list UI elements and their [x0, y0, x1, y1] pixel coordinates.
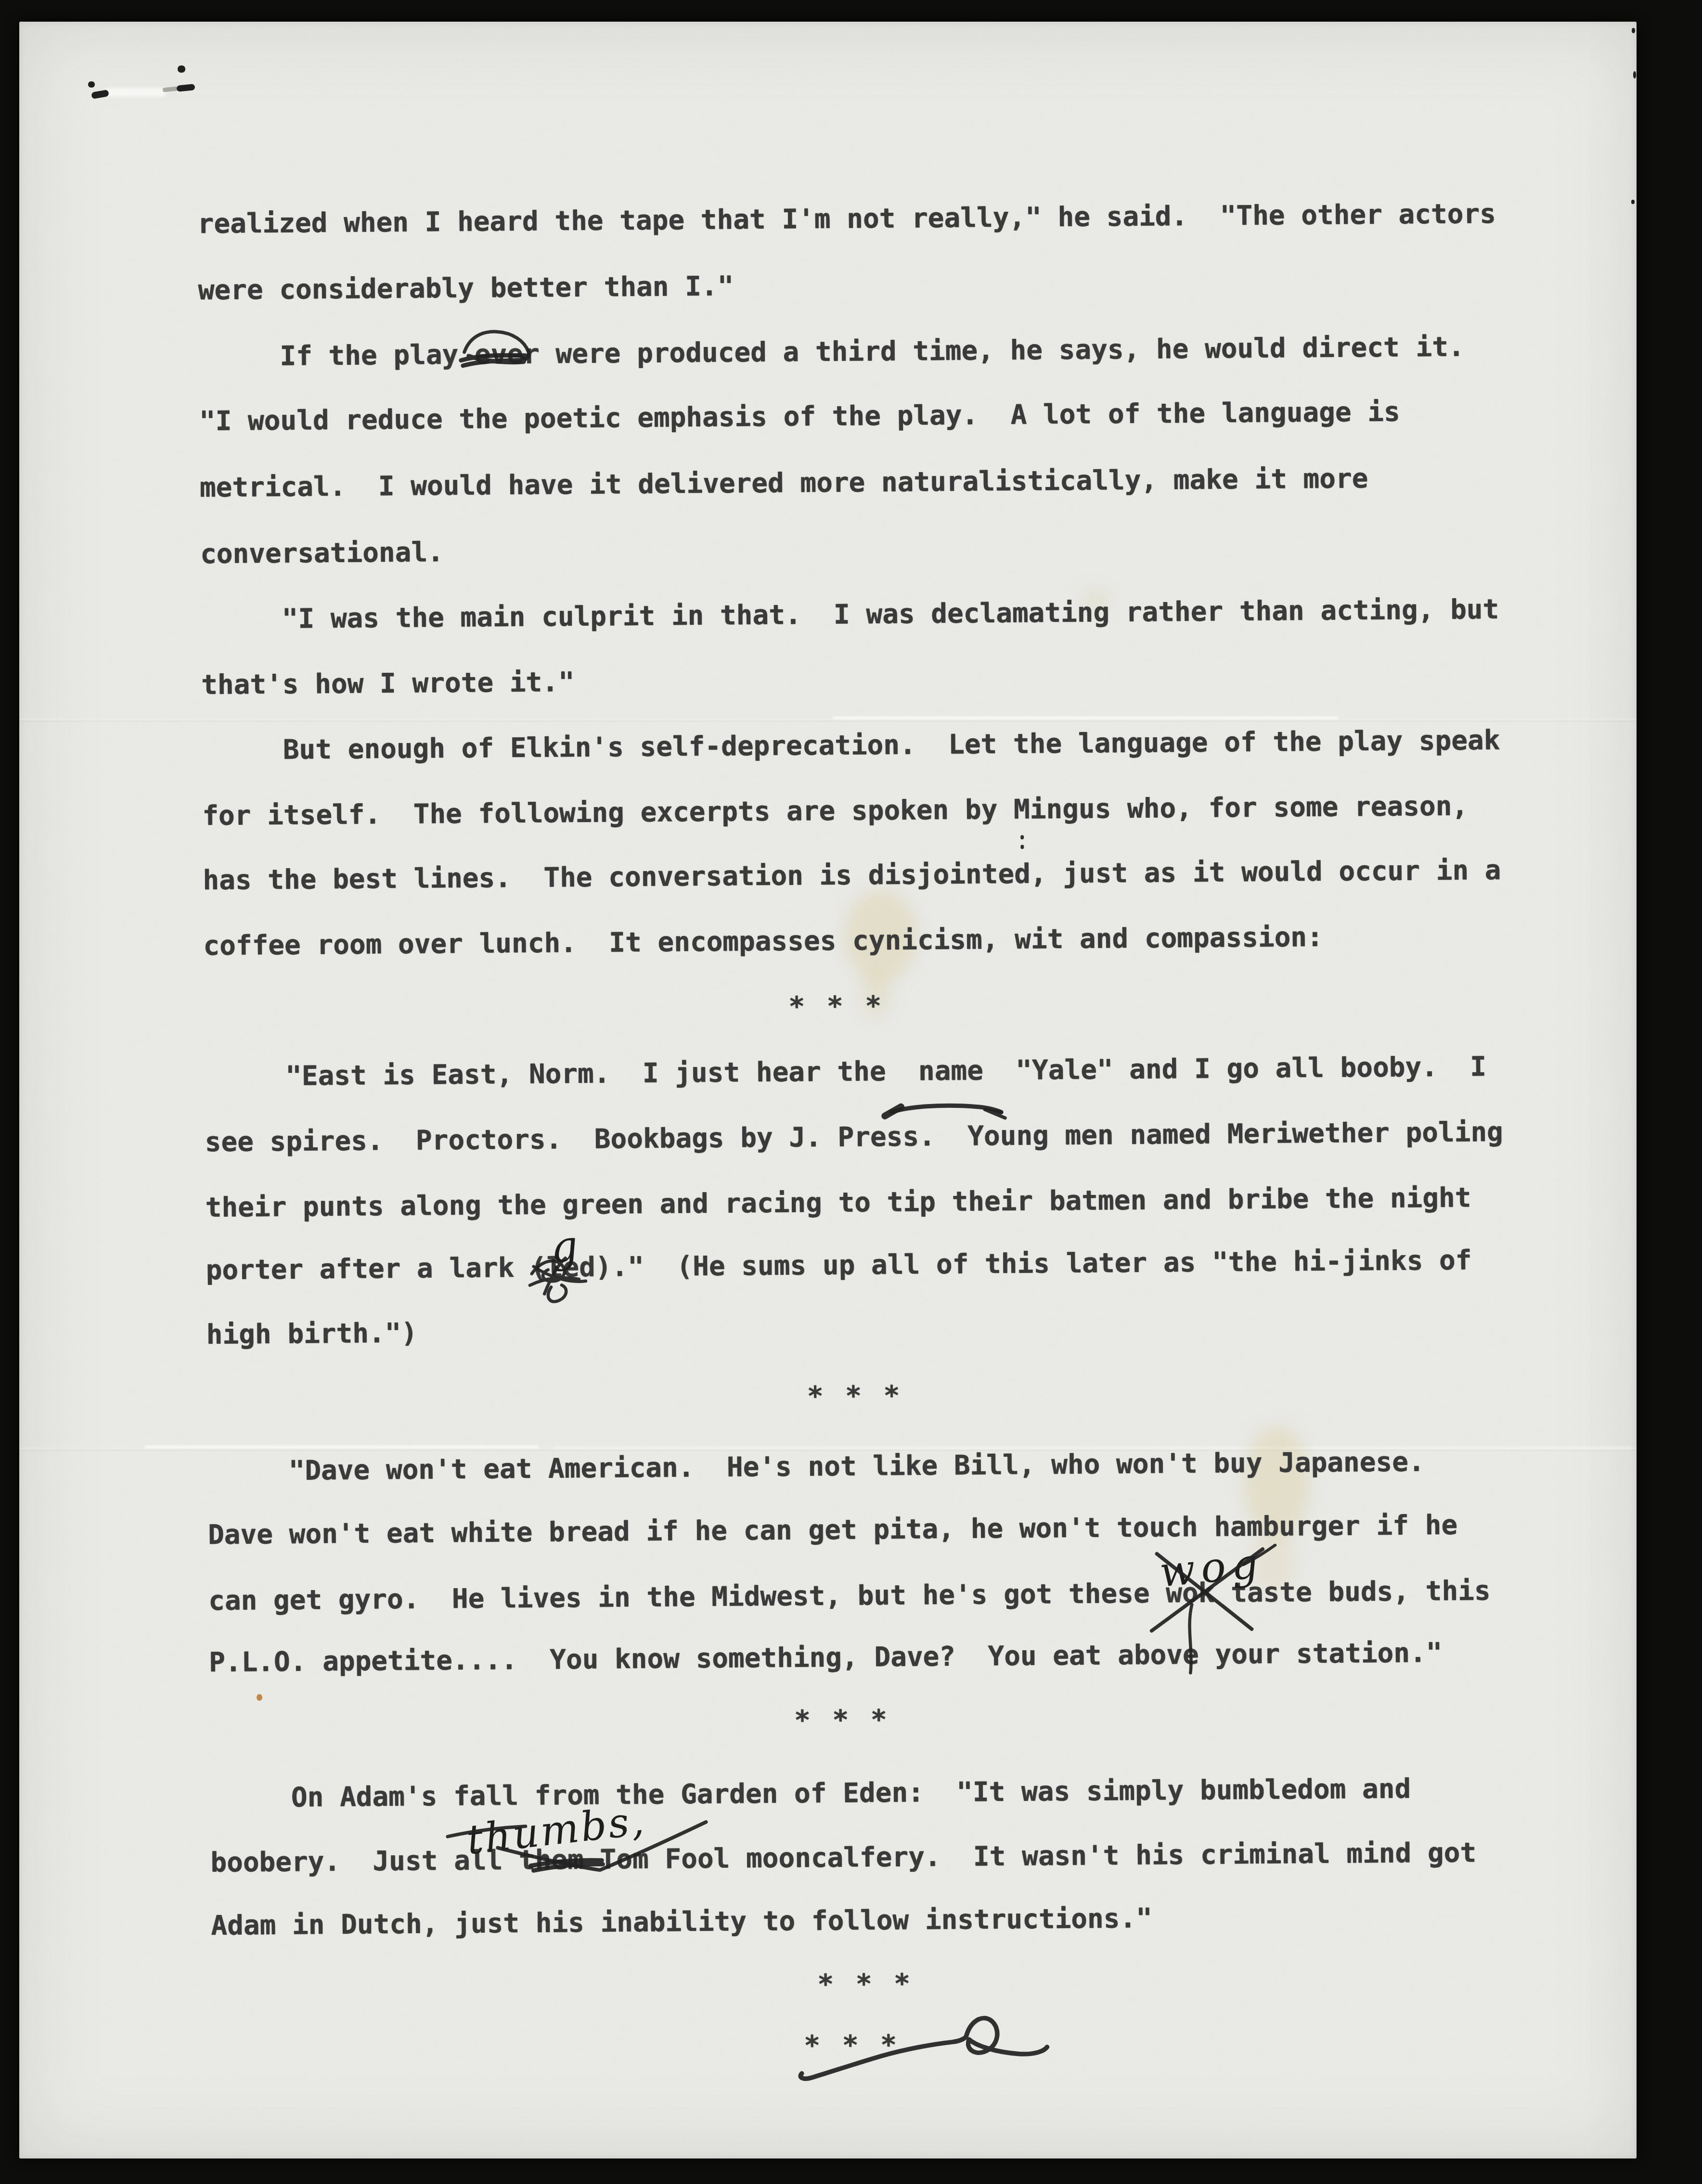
asterisk-separator-crossed: * * * — [804, 2026, 900, 2066]
typed-line-8: that's how I wrote it." — [201, 663, 575, 705]
typed-line-2: were considerably better than I." — [198, 267, 734, 310]
thumbs-crossbar — [448, 1826, 526, 1837]
typed-line-3: If the play ever were produced a third t… — [198, 328, 1464, 376]
typed-line-15: see spires. Proctors. Bookbags by J. Pre… — [205, 1113, 1503, 1162]
typed-line-1: realized when I heard the tape that I'm … — [197, 195, 1496, 244]
typed-line-27: Adam in Dutch, just his inability to fol… — [211, 1900, 1152, 1945]
typed-text-layer: realized when I heard the tape that I'm … — [0, 0, 1702, 2184]
asterisk-separator-1: * * * — [788, 987, 884, 1027]
typed-line-18: high birth.") — [206, 1314, 417, 1354]
name-underline — [891, 1105, 1001, 1113]
asterisk-separator-4: * * * — [817, 1965, 913, 2004]
typed-line-7: "I was the main culprit in that. I was d… — [201, 591, 1499, 639]
typed-line-4: "I would reduce the poetic emphasis of t… — [199, 393, 1400, 441]
typed-line-17: porter after a lark (led)." (He sums up … — [206, 1241, 1471, 1290]
typed-line-21: Dave won't eat white bread if he can get… — [208, 1506, 1458, 1554]
typed-line-26: boobery. Just all them Tom Fool mooncalf… — [210, 1834, 1476, 1882]
typed-line-16: their punts along the green and racing t… — [205, 1179, 1471, 1227]
typed-line-5: metrical. I would have it delivered more… — [200, 460, 1368, 507]
typed-line-22: can get gyro. He lives in the Midwest, b… — [208, 1572, 1491, 1620]
asterisk-separator-3: * * * — [794, 1701, 890, 1740]
typed-line-14: "East is East, Norm. I just hear the nam… — [204, 1048, 1486, 1096]
name-underline-wedge — [885, 1107, 901, 1116]
typed-line-12: coffee room over lunch. It encompasses c… — [203, 918, 1323, 965]
asterisk-separator-2: * * * — [807, 1377, 903, 1416]
typed-line-6: conversational. — [200, 533, 444, 574]
typed-line-23: P.L.O. appetite.... You know something, … — [209, 1634, 1443, 1682]
typed-line-10: for itself. The following excerpts are s… — [202, 787, 1468, 835]
typed-line-11: has the best lines. The conversation is … — [203, 851, 1501, 900]
typed-line-25: On Adam's fall from the Garden of Eden: … — [210, 1770, 1411, 1818]
typed-line-20: "Dave won't eat American. He's not like … — [207, 1443, 1425, 1491]
scanner-bed: realized when I heard the tape that I'm … — [0, 0, 1702, 2184]
typed-line-9: But enough of Elkin's self-deprecation. … — [202, 721, 1500, 770]
wog-tail-flourish — [1243, 1545, 1275, 1565]
